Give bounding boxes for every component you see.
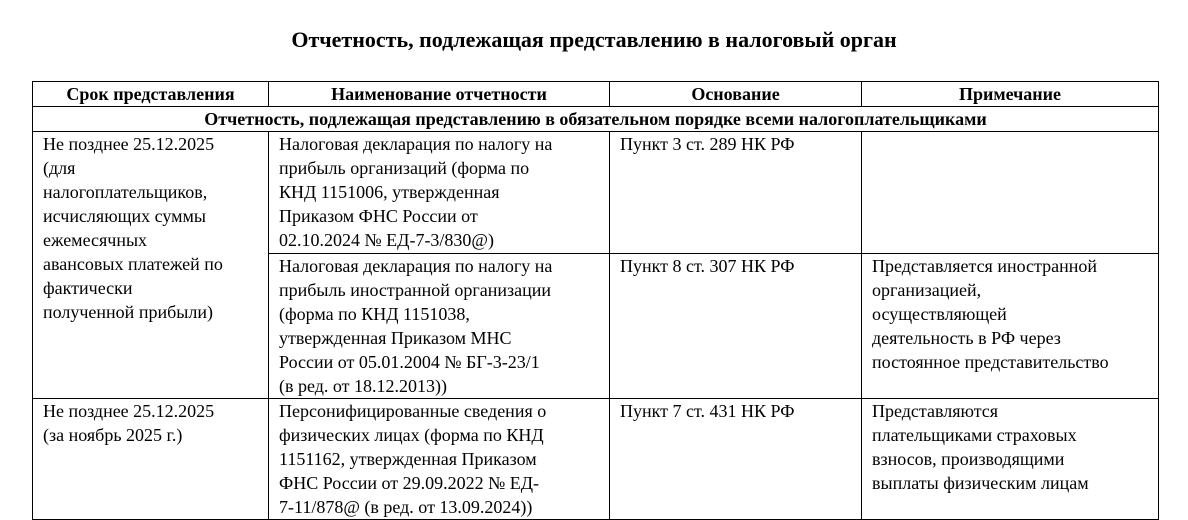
text-line: 1151162, утвержденная Приказом <box>279 447 609 471</box>
text-line: ФНС России от 29.09.2022 № ЕД- <box>279 471 609 495</box>
section-row: Отчетность, подлежащая представлению в о… <box>33 107 1159 132</box>
note-cell: Представляютсяплательщиками страховыхвзн… <box>862 399 1159 520</box>
header-deadline: Срок представления <box>33 82 269 107</box>
text-line: Налоговая декларация по налогу на <box>279 132 609 156</box>
text-line: прибыль организаций (форма по <box>279 156 609 180</box>
text-line: организацией, <box>872 278 1158 302</box>
text-line: 7-11/878@ (в ред. от 13.09.2024)) <box>279 495 609 519</box>
text-line: (для <box>43 156 268 180</box>
report-name-cell: Налоговая декларация по налогу наприбыль… <box>269 132 610 254</box>
table-row: Не позднее 25.12.2025(дляналогоплательщи… <box>33 132 1159 254</box>
text-line: Приказом ФНС России от <box>279 204 609 228</box>
deadline-cell: Не позднее 25.12.2025(дляналогоплательщи… <box>33 132 269 399</box>
text-line: Не позднее 25.12.2025 <box>43 132 268 156</box>
header-report-name: Наименование отчетности <box>269 82 610 107</box>
text-line: осуществляющей <box>872 302 1158 326</box>
text-line: утвержденная Приказом МНС <box>279 326 609 350</box>
text-line: фактически <box>43 276 268 300</box>
text-line: 02.10.2024 № ЕД-7-3/830@) <box>279 228 609 252</box>
text-line: выплаты физическим лицам <box>872 471 1158 495</box>
note-cell <box>862 132 1159 254</box>
document-title: Отчетность, подлежащая представлению в н… <box>0 26 1188 54</box>
text-line: (за ноябрь 2025 г.) <box>43 423 268 447</box>
text-line: исчисляющих суммы <box>43 204 268 228</box>
text-line: Налоговая декларация по налогу на <box>279 254 609 278</box>
text-line: авансовых платежей по <box>43 252 268 276</box>
text-line: полученной прибыли) <box>43 300 268 324</box>
text-line: Не позднее 25.12.2025 <box>43 399 268 423</box>
text-line: постоянное представительство <box>872 350 1158 374</box>
deadline-cell: Не позднее 25.12.2025(за ноябрь 2025 г.) <box>33 399 269 520</box>
text-line: (форма по КНД 1151038, <box>279 302 609 326</box>
table-row: Не позднее 25.12.2025(за ноябрь 2025 г.)… <box>33 399 1159 520</box>
text-line: деятельность в РФ через <box>872 326 1158 350</box>
basis-cell: Пункт 7 ст. 431 НК РФ <box>610 399 862 520</box>
text-line: ежемесячных <box>43 228 268 252</box>
text-line: Персонифицированные сведения о <box>279 399 609 423</box>
text-line: (в ред. от 18.12.2013)) <box>279 374 609 398</box>
text-line: взносов, производящими <box>872 447 1158 471</box>
text-line: России от 05.01.2004 № БГ-3-23/1 <box>279 350 609 374</box>
note-cell: Представляется иностраннойорганизацией,о… <box>862 254 1159 399</box>
text-line: физических лицах (форма по КНД <box>279 423 609 447</box>
table-header-row: Срок представления Наименование отчетнос… <box>33 82 1159 107</box>
text-line: налогоплательщиков, <box>43 180 268 204</box>
section-title: Отчетность, подлежащая представлению в о… <box>33 107 1159 132</box>
report-name-cell: Налоговая декларация по налогу наприбыль… <box>269 254 610 399</box>
reporting-table: Срок представления Наименование отчетнос… <box>32 81 1159 520</box>
text-line: Представляются <box>872 399 1158 423</box>
text-line: плательщиками страховых <box>872 423 1158 447</box>
text-line: прибыль иностранной организации <box>279 278 609 302</box>
basis-cell: Пункт 8 ст. 307 НК РФ <box>610 254 862 399</box>
text-line: Представляется иностранной <box>872 254 1158 278</box>
text-line: КНД 1151006, утвержденная <box>279 180 609 204</box>
report-name-cell: Персонифицированные сведения офизических… <box>269 399 610 520</box>
basis-cell: Пункт 3 ст. 289 НК РФ <box>610 132 862 254</box>
header-note: Примечание <box>862 82 1159 107</box>
header-basis: Основание <box>610 82 862 107</box>
